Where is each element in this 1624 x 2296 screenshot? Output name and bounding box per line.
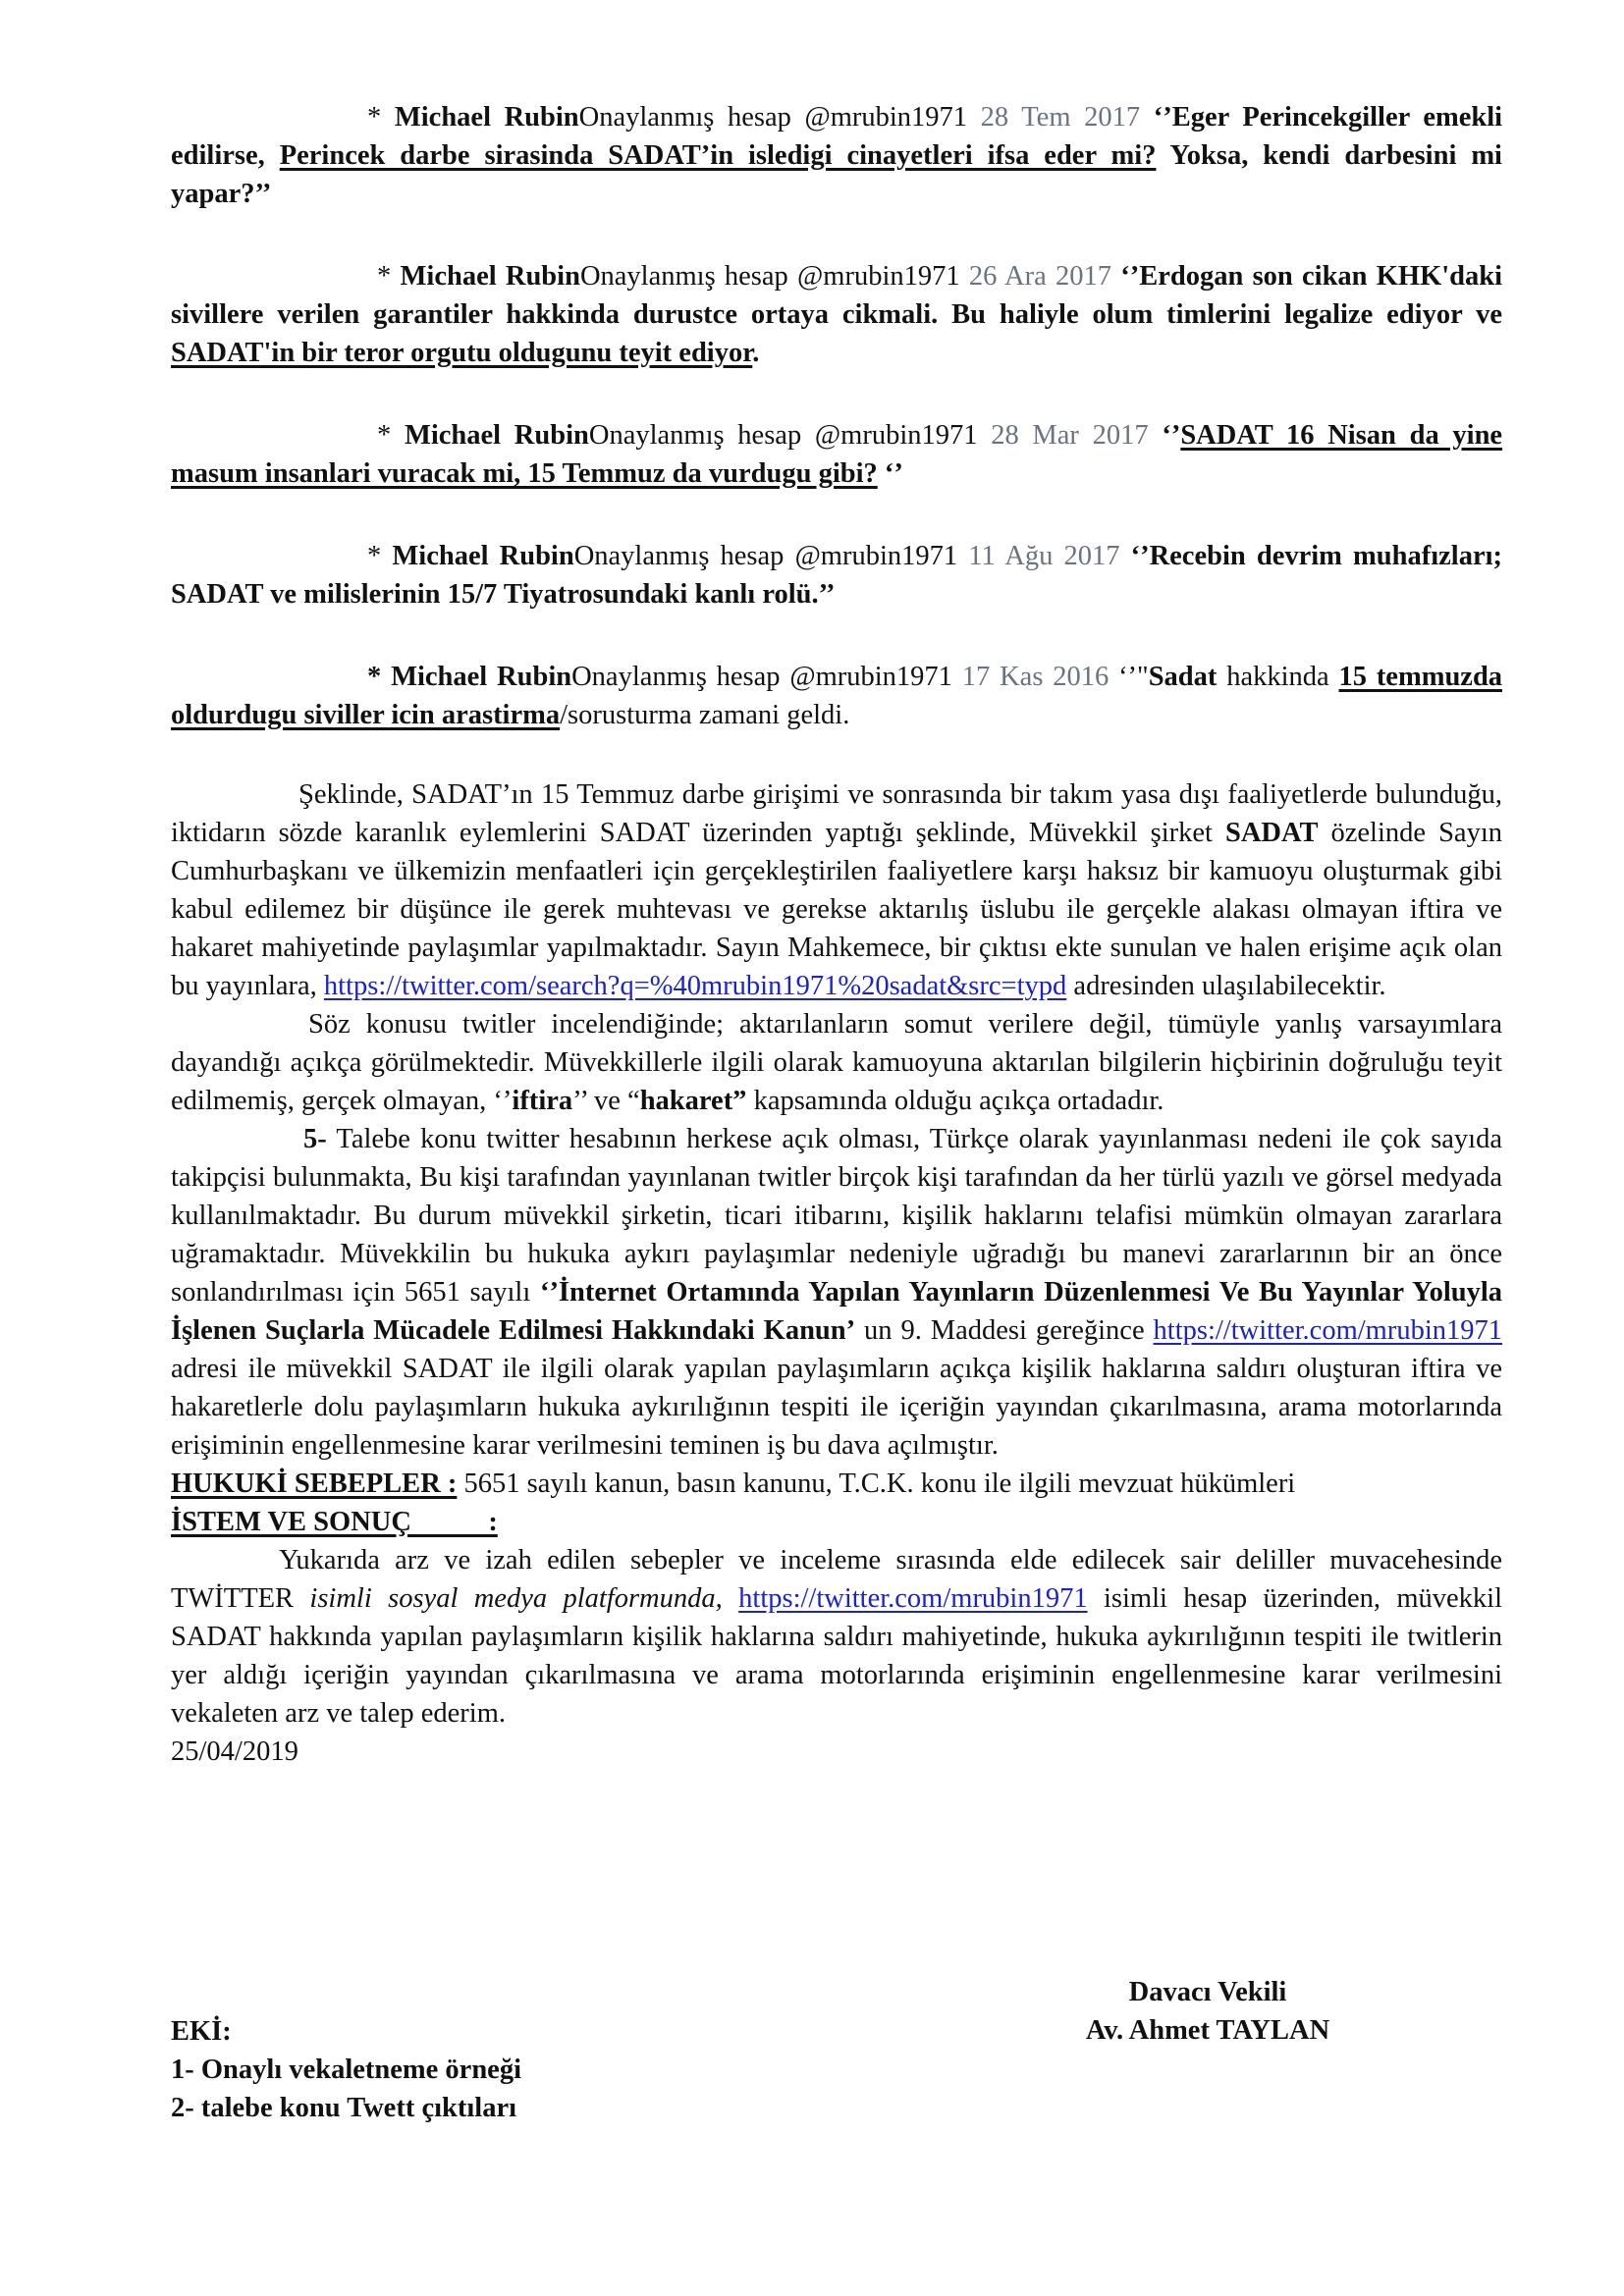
attachment-item: 2- talebe konu Twett çıktıları — [171, 2089, 521, 2127]
signature-block: Davacı Vekili Av. Ahmet TAYLAN — [1051, 1973, 1365, 2050]
tweet-text-underlined: SADAT'in bir teror orgutu oldugunu teyit… — [171, 338, 752, 368]
attachment-item: 1- Onaylı vekaletneme örneği — [171, 2051, 521, 2089]
tweet-quote: * Michael RubinOnaylanmış hesap @mrubin1… — [171, 257, 1502, 372]
tweet-date: 11 Ağu 2017 — [968, 541, 1119, 571]
tweet-handle: @mrubin1971 — [804, 102, 967, 133]
tweet-handle: @mrubin1971 — [797, 261, 960, 292]
platform-italic: isimli sosyal medya platformunda, — [309, 1583, 722, 1614]
verified-label: Onaylanmış hesap — [580, 261, 788, 292]
document-page: * Michael RubinOnaylanmış hesap @mrubin1… — [171, 98, 1502, 1771]
tweet-author: Michael Rubin — [405, 420, 589, 451]
open-quote: ‘’" — [1118, 662, 1149, 692]
tweet-quote: * Michael RubinOnaylanmış hesap @mrubin1… — [171, 537, 1502, 614]
paragraph-claims: Şeklinde, SADAT’ın 15 Temmuz darbe giriş… — [171, 775, 1502, 1005]
tweet-date: 28 Mar 2017 — [991, 420, 1148, 451]
tweet-author: Michael Rubin — [395, 102, 579, 133]
verified-label: Onaylanmış hesap — [589, 420, 801, 451]
open-quote: ‘’ — [1162, 420, 1180, 451]
tweet-date: 28 Tem 2017 — [981, 102, 1140, 133]
document-date: 25/04/2019 — [171, 1733, 1502, 1771]
search-link[interactable]: https://twitter.com/search?q=%40mrubin19… — [324, 971, 1066, 1001]
profile-link[interactable]: https://twitter.com/mrubin1971 — [1154, 1315, 1502, 1346]
tweet-author: Michael Rubin — [401, 261, 580, 292]
tweet-quote: * Michael RubinOnaylanmış hesap @mrubin1… — [171, 658, 1502, 734]
tweet-text-after: ‘’ — [878, 458, 903, 489]
bullet: * — [367, 662, 381, 692]
request-paragraph: Yukarıda arz ve izah edilen sebepler ve … — [171, 1541, 1502, 1733]
tweet-quote: * Michael RubinOnaylanmış hesap @mrubin1… — [171, 416, 1502, 493]
tweet-text-after: /sorusturma zamani geldi. — [560, 700, 849, 730]
paragraph-text: adresi ile müvekkil SADAT ile ilgili ola… — [171, 1354, 1502, 1461]
verified-label: Onaylanmış hesap — [571, 662, 780, 692]
bullet: * — [367, 102, 381, 133]
tweet-date: 17 Kas 2016 — [962, 662, 1109, 692]
open-quote: ‘’ — [1131, 541, 1150, 571]
legal-reasons-heading: HUKUKİ SEBEPLER : — [171, 1468, 457, 1499]
tweet-author: Michael Rubin — [392, 541, 573, 571]
tweet-text-bold: Sadat — [1149, 662, 1218, 692]
request-heading-line: İSTEM VE SONUÇ : — [171, 1503, 1502, 1541]
open-quote: ‘’ — [1120, 261, 1139, 292]
tweet-author: Michael Rubin — [391, 662, 571, 692]
signature-name: Av. Ahmet TAYLAN — [1051, 2011, 1365, 2050]
paragraph-assessment: Söz konusu twitler incelendiğinde; aktar… — [171, 1005, 1502, 1120]
tweet-date: 26 Ara 2017 — [969, 261, 1111, 292]
verified-label: Onaylanmış hesap — [579, 102, 791, 133]
attachments: EKİ: 1- Onaylı vekaletneme örneği 2- tal… — [171, 2012, 521, 2127]
term-iftira: iftira — [512, 1086, 572, 1116]
tweet-text-after: . — [752, 338, 759, 368]
tweet-handle: @mrubin1971 — [795, 541, 958, 571]
company-name: SADAT — [1225, 818, 1319, 848]
tweet-text: hakkinda — [1217, 662, 1338, 692]
tweet-text-underlined: Perincek darbe sirasinda SADAT’in isledi… — [280, 140, 1157, 171]
attachments-heading: EKİ: — [171, 2012, 521, 2051]
tweet-quote: * Michael RubinOnaylanmış hesap @mrubin1… — [171, 98, 1502, 213]
paragraph-text: kapsamında olduğu açıkça ortadadır. — [746, 1086, 1164, 1116]
legal-reasons-text: 5651 sayılı kanun, basın kanunu, T.C.K. … — [457, 1468, 1295, 1499]
paragraph-text: adresinden ulaşılabilecektir. — [1066, 971, 1385, 1001]
tweet-handle: @mrubin1971 — [789, 662, 952, 692]
tweet-handle: @mrubin1971 — [815, 420, 978, 451]
paragraph-text: un 9. Maddesi gereğince — [855, 1315, 1153, 1346]
bullet: * — [367, 541, 381, 571]
open-quote: ‘’ — [1154, 102, 1172, 133]
signature-title: Davacı Vekili — [1051, 1973, 1365, 2011]
bullet: * — [377, 420, 391, 451]
profile-link[interactable]: https://twitter.com/mrubin1971 — [738, 1583, 1087, 1614]
legal-reasons: HUKUKİ SEBEPLER : 5651 sayılı kanun, bas… — [171, 1465, 1502, 1503]
verified-label: Onaylanmış hesap — [574, 541, 785, 571]
paragraph-text: ’’ ve “ — [572, 1086, 640, 1116]
paragraph-5: 5- Talebe konu twitter hesabının herkese… — [171, 1120, 1502, 1465]
bullet: * — [377, 261, 391, 292]
paragraph-number: 5- — [303, 1124, 327, 1154]
request-heading: İSTEM VE SONUÇ : — [171, 1507, 498, 1537]
term-hakaret: hakaret” — [640, 1086, 747, 1116]
